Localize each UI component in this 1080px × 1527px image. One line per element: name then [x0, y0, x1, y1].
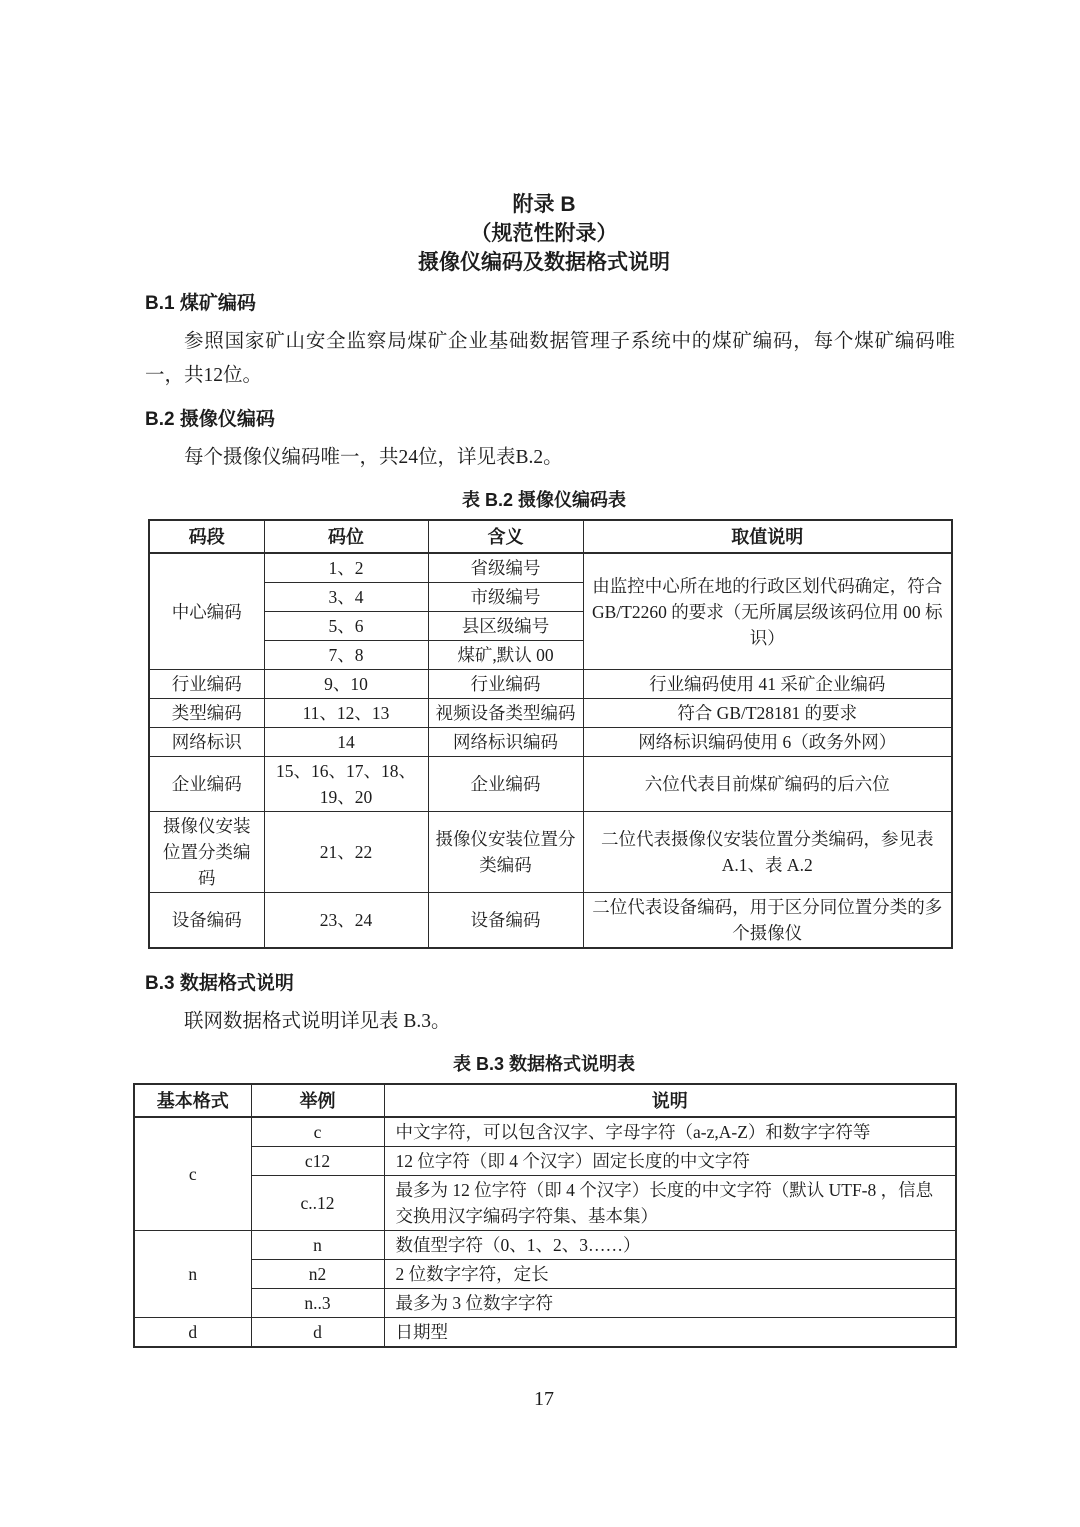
- table-cell: 1、2: [264, 553, 428, 583]
- table-row: 类型编码 11、12、13 视频设备类型编码 符合 GB/T28181 的要求: [149, 699, 952, 728]
- table-cell: n: [134, 1231, 251, 1318]
- table-cell: 类型编码: [149, 699, 264, 728]
- table-cell: 由监控中心所在地的行政区划代码确定，符合GB/T2260 的要求（无所属层级该码…: [583, 553, 952, 670]
- table-row: c c 中文字符，可以包含汉字、字母字符（a-z,A-Z）和数字字符等: [134, 1117, 956, 1147]
- table-row: 网络标识 14 网络标识编码 网络标识编码使用 6（政务外网）: [149, 728, 952, 757]
- table-cell: 网络标识: [149, 728, 264, 757]
- table-cell: 符合 GB/T28181 的要求: [583, 699, 952, 728]
- table-row: c12 12 位字符（即 4 个汉字）固定长度的中文字符: [134, 1147, 956, 1176]
- table-cell: c..12: [251, 1176, 384, 1231]
- table-row: 行业编码 9、10 行业编码 行业编码使用 41 采矿企业编码: [149, 670, 952, 699]
- section-b3-paragraph: 联网数据格式说明详见表 B.3。: [145, 1005, 955, 1039]
- table-cell: 15、16、17、18、19、20: [264, 757, 428, 812]
- table-b3-caption: 表 B.3 数据格式说明表: [133, 1051, 955, 1077]
- appendix-title: 附录 B: [133, 190, 955, 219]
- table-cell: 网络标识编码使用 6（政务外网）: [583, 728, 952, 757]
- appendix-name: 摄像仪编码及数据格式说明: [133, 248, 955, 277]
- table-cell: 设备编码: [428, 893, 583, 949]
- table-cell: 21、22: [264, 812, 428, 893]
- table-cell: 12 位字符（即 4 个汉字）固定长度的中文字符: [384, 1147, 956, 1176]
- table-cell: 企业编码: [149, 757, 264, 812]
- table-b3-header-example: 举例: [251, 1084, 384, 1117]
- table-cell: 日期型: [384, 1318, 956, 1348]
- table-cell: 摄像仪安装位置分类编码: [149, 812, 264, 893]
- section-b2-heading: B.2 摄像仪编码: [145, 407, 955, 433]
- table-b2-header-desc: 取值说明: [583, 520, 952, 553]
- table-row: n..3 最多为 3 位数字字符: [134, 1289, 956, 1318]
- table-row: c..12 最多为 12 位字符（即 4 个汉字）长度的中文字符（默认 UTF-…: [134, 1176, 956, 1231]
- table-cell: 5、6: [264, 612, 428, 641]
- table-row: 中心编码 1、2 省级编号 由监控中心所在地的行政区划代码确定，符合GB/T22…: [149, 553, 952, 583]
- table-cell: 最多为 12 位字符（即 4 个汉字）长度的中文字符（默认 UTF-8 ，信息交…: [384, 1176, 956, 1231]
- table-cell: 中文字符，可以包含汉字、字母字符（a-z,A-Z）和数字字符等: [384, 1117, 956, 1147]
- table-cell: 二位代表设备编码，用于区分同位置分类的多个摄像仪: [583, 893, 952, 949]
- table-cell: 14: [264, 728, 428, 757]
- table-cell: 最多为 3 位数字字符: [384, 1289, 956, 1318]
- table-cell: n: [251, 1231, 384, 1260]
- table-cell: 23、24: [264, 893, 428, 949]
- table-cell: d: [134, 1318, 251, 1348]
- table-row: d d 日期型: [134, 1318, 956, 1348]
- table-cell: 视频设备类型编码: [428, 699, 583, 728]
- section-b2-paragraph: 每个摄像仪编码唯一，共24位，详见表B.2。: [145, 441, 955, 475]
- table-cell: d: [251, 1318, 384, 1348]
- section-b1-heading: B.1 煤矿编码: [145, 291, 955, 317]
- table-cell: c: [251, 1117, 384, 1147]
- table-b3-header-row: 基本格式 举例 说明: [134, 1084, 956, 1117]
- table-b2-header-meaning: 含义: [428, 520, 583, 553]
- table-cell: 省级编号: [428, 553, 583, 583]
- table-row: n2 2 位数字字符，定长: [134, 1260, 956, 1289]
- table-cell: 行业编码: [428, 670, 583, 699]
- table-b2-caption: 表 B.2 摄像仪编码表: [133, 487, 955, 513]
- document-page: 附录 B （规范性附录） 摄像仪编码及数据格式说明 B.1 煤矿编码 参照国家矿…: [0, 0, 1080, 1527]
- section-b3-heading: B.3 数据格式说明: [145, 971, 955, 997]
- table-cell: 11、12、13: [264, 699, 428, 728]
- table-row: 摄像仪安装位置分类编码 21、22 摄像仪安装位置分类编码 二位代表摄像仪安装位…: [149, 812, 952, 893]
- table-cell: 设备编码: [149, 893, 264, 949]
- table-b3-header-desc: 说明: [384, 1084, 956, 1117]
- table-cell: c: [134, 1117, 251, 1231]
- table-cell: 煤矿,默认 00: [428, 641, 583, 670]
- table-cell: 二位代表摄像仪安装位置分类编码，参见表 A.1、表 A.2: [583, 812, 952, 893]
- table-b2-header-seg: 码段: [149, 520, 264, 553]
- appendix-subtitle: （规范性附录）: [133, 219, 955, 248]
- table-cell: 市级编号: [428, 583, 583, 612]
- table-cell: 中心编码: [149, 553, 264, 670]
- table-b2-header-row: 码段 码位 含义 取值说明: [149, 520, 952, 553]
- table-row: n n 数值型字符（0、1、2、3……）: [134, 1231, 956, 1260]
- table-cell: 行业编码: [149, 670, 264, 699]
- table-b3: 基本格式 举例 说明 c c 中文字符，可以包含汉字、字母字符（a-z,A-Z）…: [133, 1083, 957, 1348]
- table-cell: 六位代表目前煤矿编码的后六位: [583, 757, 952, 812]
- appendix-title-block: 附录 B （规范性附录） 摄像仪编码及数据格式说明: [133, 190, 955, 277]
- table-row: 企业编码 15、16、17、18、19、20 企业编码 六位代表目前煤矿编码的后…: [149, 757, 952, 812]
- table-cell: 7、8: [264, 641, 428, 670]
- table-cell: 2 位数字字符，定长: [384, 1260, 956, 1289]
- table-cell: 企业编码: [428, 757, 583, 812]
- table-cell: 网络标识编码: [428, 728, 583, 757]
- table-cell: c12: [251, 1147, 384, 1176]
- table-cell: 行业编码使用 41 采矿企业编码: [583, 670, 952, 699]
- table-cell: 摄像仪安装位置分类编码: [428, 812, 583, 893]
- table-cell: n..3: [251, 1289, 384, 1318]
- table-row: 设备编码 23、24 设备编码 二位代表设备编码，用于区分同位置分类的多个摄像仪: [149, 893, 952, 949]
- table-b2: 码段 码位 含义 取值说明 中心编码 1、2 省级编号 由监控中心所在地的行政区…: [148, 519, 953, 949]
- table-cell: 数值型字符（0、1、2、3……）: [384, 1231, 956, 1260]
- section-b1-paragraph: 参照国家矿山安全监察局煤矿企业基础数据管理子系统中的煤矿编码，每个煤矿编码唯一，…: [145, 325, 955, 393]
- table-cell: n2: [251, 1260, 384, 1289]
- table-b3-header-format: 基本格式: [134, 1084, 251, 1117]
- table-b2-header-pos: 码位: [264, 520, 428, 553]
- page-number: 17: [133, 1388, 955, 1411]
- table-cell: 9、10: [264, 670, 428, 699]
- table-cell: 县区级编号: [428, 612, 583, 641]
- table-cell: 3、4: [264, 583, 428, 612]
